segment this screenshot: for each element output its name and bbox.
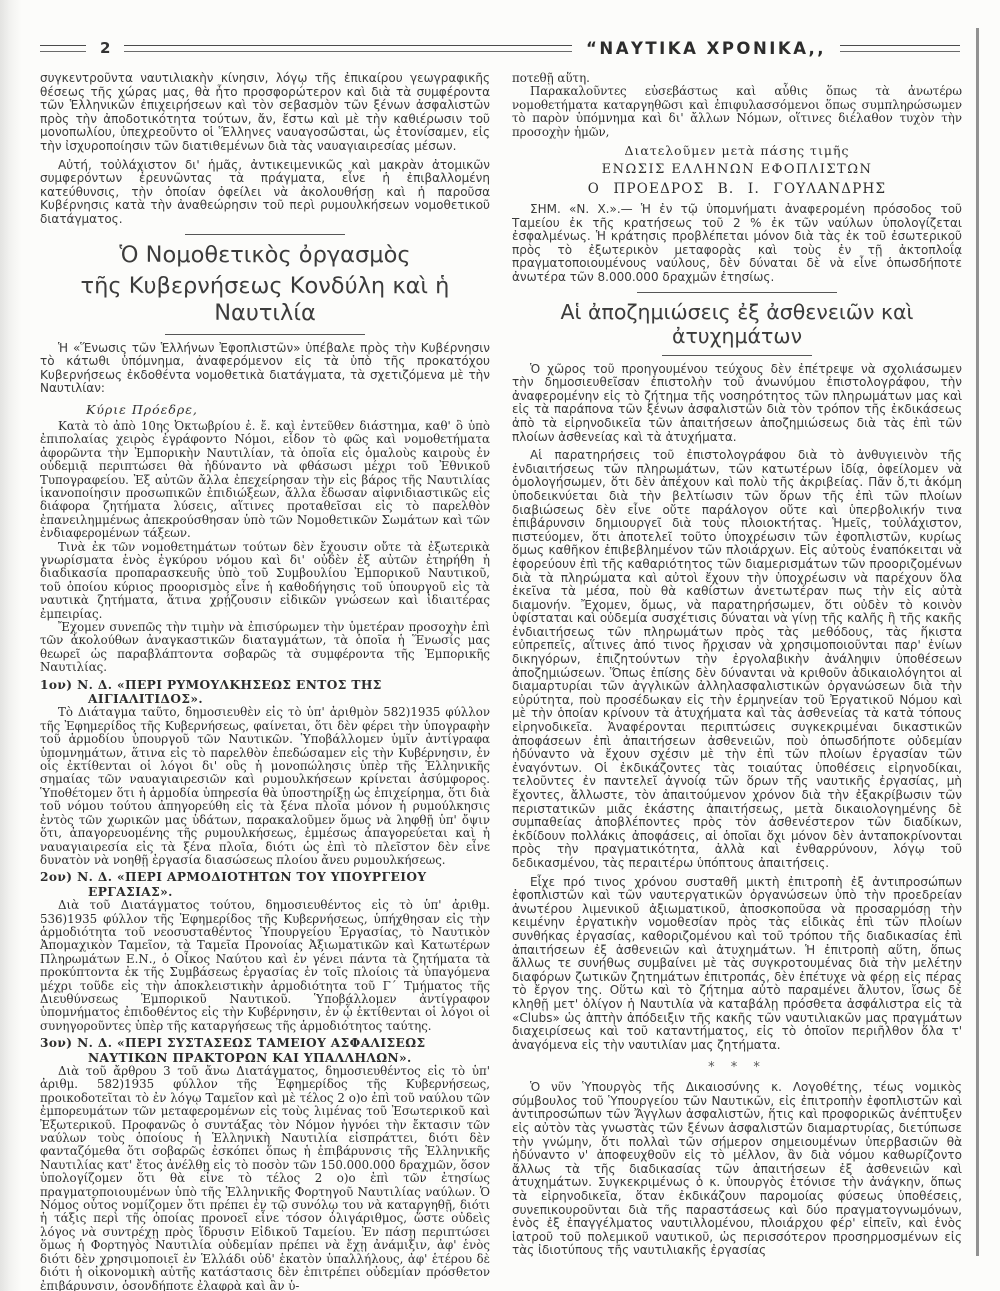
- header-rule-right: [840, 45, 960, 52]
- letter-continuation: Παρακαλοῦντες εὐσεβάστως καὶ αὖθις ὅπως …: [512, 85, 962, 139]
- decree-body-3: Διὰ τοῦ ἄρθρου 3 τοῦ ἄνω Διατάγματος, δη…: [40, 1065, 490, 1291]
- header-rule-center: [124, 45, 572, 52]
- decree-heading-3: 3ον) Ν. Δ. «ΠΕΡΙ ΣΥΣΤΑΣΕΩΣ ΤΑΜΕΙΟΥ ΑΣΦΑΛ…: [40, 1036, 490, 1065]
- title-underline: [165, 334, 365, 335]
- page-number: 2: [96, 39, 114, 57]
- article2-paragraph: Ὁ νῦν Ὑπουργὸς τῆς Δικαιοσύνης κ. Λογοθέ…: [512, 1081, 962, 1258]
- masthead-title: “ΝΑΥΤΙΚΑ ΧΡΟΝΙΚΑ,,: [582, 39, 830, 58]
- decree-heading-1: 1ον) Ν. Δ. «ΠΕΡΙ ΡΥΜΟΥΛΚΗΣΕΩΣ ΕΝΤΟΣ ΤΗΣ …: [40, 678, 490, 707]
- asterisk-separator: * * *: [512, 1060, 962, 1075]
- closing-formula: Διατελοῦμεν μετὰ πάσης τιμῆς: [512, 143, 962, 158]
- intro-paragraph: Αὐτή, τοὐλάχιστον δι' ἡμᾶς, ἀντικειμενικ…: [40, 159, 490, 227]
- right-column: ποτεθῇ αὕτη. Παρακαλοῦντες εὐσεβάστως κα…: [512, 72, 962, 1291]
- closing-signature: Ο ΠΡΟΕΔΡΟΣ Β. Ι. ΓΟΥΛΑΝΔΡΗΣ: [512, 181, 962, 197]
- scan-edge-line: [976, 28, 979, 1256]
- letter-closing-block: Διατελοῦμεν μετὰ πάσης τιμῆς ΕΝΩΣΙΣ ΕΛΛΗ…: [512, 143, 962, 197]
- letter-paragraph: Ἔχομεν συνεπῶς τὴν τιμὴν νὰ ἐπισύρωμεν τ…: [40, 621, 490, 675]
- letter-paragraph: Τινὰ ἐκ τῶν νομοθετημάτων τούτων δὲν ἔχο…: [40, 541, 490, 621]
- title-underline: [662, 355, 812, 356]
- letter-paragraph: Κατὰ τὸ ἀπὸ 10ης Ὀκτωβρίου ἐ. ἔ. καὶ ἐντ…: [40, 420, 490, 541]
- article2-paragraph: Ὁ χῶρος τοῦ προηγουμένου τεύχους δὲν ἐπέ…: [512, 363, 962, 445]
- intro-paragraph: συγκεντροῦντα ναυτιλιακὴν κίνησιν, λόγῳ …: [40, 72, 490, 154]
- letter-continuation: ποτεθῇ αὕτη.: [512, 72, 962, 85]
- letter-salutation: Κύριε Πρόεδρε,: [40, 402, 490, 417]
- columns: συγκεντροῦντα ναυτιλιακὴν κίνησιν, λόγῳ …: [40, 72, 962, 1291]
- article1-lead: Ἡ «Ἕνωσις τῶν Ἑλλήνων Ἐφοπλιστῶν» ὑπέβαλ…: [40, 342, 490, 396]
- article1-title-line2: τῆς Κυβερνήσεως Κονδύλη καὶ ἡ Ναυτιλία: [40, 273, 490, 327]
- article2-title: Αἱ ἀποζημιώσεις ἐξ ἀσθενειῶν καὶ ἀτυχημά…: [512, 300, 962, 348]
- decree-body-2: Διὰ τοῦ Διατάγματος τούτου, δημοσιευθέντ…: [40, 899, 490, 1033]
- closing-organization: ΕΝΩΣΙΣ ΕΛΛΗΝΩΝ ΕΦΟΠΛΙΣΤΩΝ: [512, 162, 962, 177]
- header-rule-left: [40, 45, 86, 52]
- article2-paragraph: Αἱ παρατηρήσεις τοῦ ἐπιστολογράφου διὰ τ…: [512, 449, 962, 870]
- article2-paragraph: Εἶχε πρό τινος χρόνου συσταθῆ μικτὴ ἐπιτ…: [512, 876, 962, 1053]
- editor-note: ΣΗΜ. «Ν. Χ.».— Ἡ ἐν τῷ ὑπομνήματι ἀναφερ…: [512, 203, 962, 285]
- decree-body-1: Τὸ Διάταγμα ταῦτο, δημοσιευθὲν εἰς τὸ ὑπ…: [40, 706, 490, 867]
- section-divider: [185, 234, 345, 235]
- left-column: συγκεντροῦντα ναυτιλιακὴν κίνησιν, λόγῳ …: [40, 72, 490, 1291]
- section-divider: [637, 292, 837, 293]
- article1-title-line1: Ὁ Νομοθετικὸς ὀργασμὸς: [40, 242, 490, 269]
- decree-heading-2: 2ον) Ν. Δ. «ΠΕΡΙ ΑΡΜΟΔΙΟΤΗΤΩΝ ΤΟΥ ΥΠΟΥΡΓ…: [40, 870, 490, 899]
- magazine-page: 2 “ΝΑΥΤΙΚΑ ΧΡΟΝΙΚΑ,, συγκεντροῦντα ναυτι…: [0, 0, 1000, 1291]
- page-header: 2 “ΝΑΥΤΙΚΑ ΧΡΟΝΙΚΑ,,: [40, 38, 960, 58]
